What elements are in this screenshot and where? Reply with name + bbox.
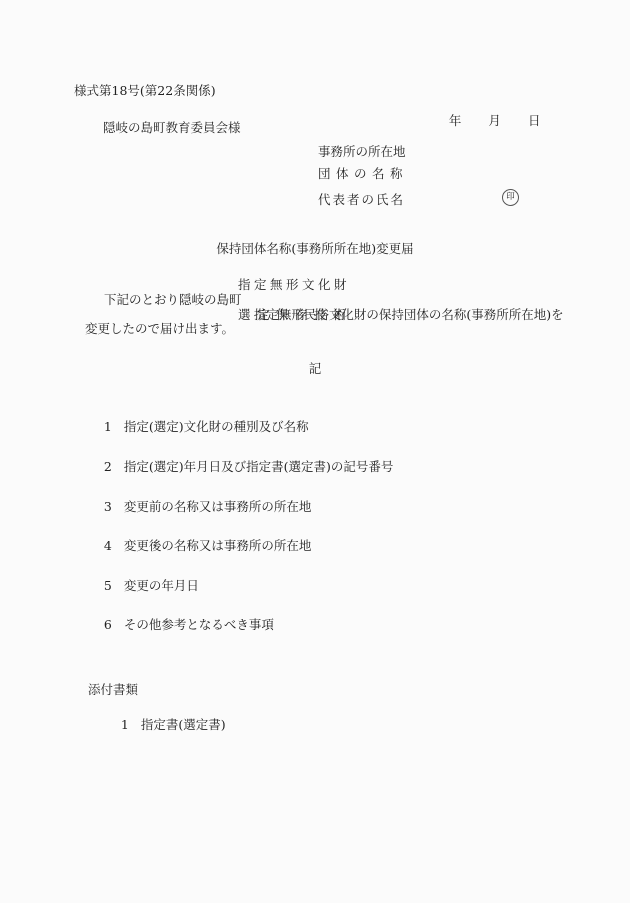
body-prefix: 下記のとおり隠岐の島町	[104, 292, 242, 307]
list-item: 6 その他参考となるべき事項	[88, 602, 274, 647]
attachment-text: 指定書(選定書)	[141, 717, 226, 732]
seal-text: 印	[506, 193, 515, 202]
body-suffix: の保持団体の名称(事務所所在地)を	[366, 307, 563, 322]
list-item: 1 指定(選定)文化財の種別及び名称	[88, 404, 309, 449]
item-text: 変更の年月日	[124, 578, 199, 593]
option-designated-intangible-cultural-property: 指定無形文化財	[238, 277, 350, 292]
item-number: 3	[104, 499, 112, 514]
date-year-label: 年	[449, 113, 462, 128]
office-address-label: 事務所の所在地	[318, 144, 406, 159]
record-heading: 記	[0, 361, 630, 376]
list-item: 2 指定(選定)年月日及び指定書(選定書)の記号番号	[88, 444, 393, 489]
form-number: 様式第18号(第22条関係)	[74, 83, 216, 98]
item-text: 変更後の名称又は事務所の所在地	[124, 538, 312, 553]
body-closing: 変更したので届け出ます。	[85, 321, 234, 336]
list-item: 4 変更後の名称又は事務所の所在地	[88, 523, 311, 568]
representative-name-label: 代表者の氏名	[318, 192, 405, 207]
item-number: 2	[104, 459, 112, 474]
option-selected-conservation-technique: 選定保存技術	[238, 307, 352, 322]
addressee: 隠岐の島町教育委員会様	[103, 120, 241, 135]
item-number: 6	[104, 617, 112, 632]
date-day-label: 日	[528, 113, 541, 128]
item-text: 指定(選定)文化財の種別及び名称	[124, 419, 309, 434]
document-page: 様式第18号(第22条関係) 年 月 日 隠岐の島町教育委員会様 事務所の所在地…	[0, 0, 630, 903]
document-title: 保持団体名称(事務所所在地)変更届	[0, 241, 630, 256]
item-number: 1	[104, 419, 112, 434]
date-line: 年 月 日	[433, 98, 540, 143]
item-text: 変更前の名称又は事務所の所在地	[124, 499, 312, 514]
attachment-item: 1 指定書(選定書)	[105, 702, 226, 747]
attachment-number: 1	[121, 717, 129, 732]
attachments-heading: 添付書類	[88, 682, 138, 697]
organization-name-label: 団体の名称	[318, 166, 408, 181]
item-text: 指定(選定)年月日及び指定書(選定書)の記号番号	[124, 459, 394, 474]
item-number: 4	[104, 538, 112, 553]
item-text: その他参考となるべき事項	[124, 617, 274, 632]
date-month-label: 月	[488, 113, 501, 128]
item-number: 5	[104, 578, 112, 593]
seal-icon: 印	[502, 189, 519, 206]
